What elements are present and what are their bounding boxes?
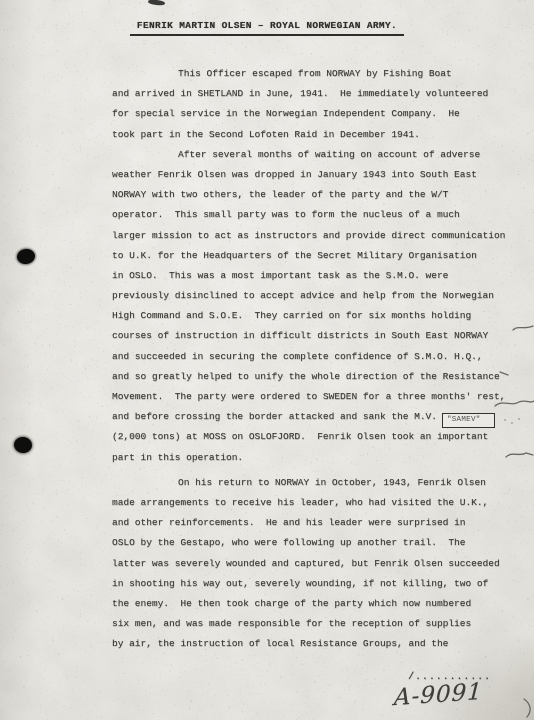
vessel-name-box: "SAMEV" bbox=[442, 413, 495, 428]
title-row: FENRIK MARTIN OLSEN – ROYAL NORWEGIAN AR… bbox=[0, 15, 534, 36]
text-line: made arrangements to receive his leader,… bbox=[112, 493, 522, 513]
text-line: courses of instruction in difficult dist… bbox=[112, 326, 522, 346]
text-line: NORWAY with two others, the leader of th… bbox=[112, 185, 522, 205]
text-line: larger mission to act as instructors and… bbox=[112, 226, 522, 246]
text-line: latter was severely wounded and captured… bbox=[112, 554, 522, 574]
text-line: previously disinclined to accept advice … bbox=[112, 286, 522, 306]
text-line: for special service in the Norwegian Ind… bbox=[112, 104, 522, 124]
text-line: OSLO by the Gestapo, who were following … bbox=[112, 533, 522, 553]
document-body: This Officer escaped from NORWAY by Fish… bbox=[112, 64, 522, 654]
text-line: in OSLO. This was a most important task … bbox=[112, 266, 522, 286]
text-line: and other reinforcements. He and his lea… bbox=[112, 513, 522, 533]
text-line: six men, and was made responsible for th… bbox=[112, 614, 522, 634]
text-line: (2,000 tons) at MOSS on OSLOFJORD. Fenri… bbox=[112, 427, 522, 447]
text-line: took part in the Second Lofoten Raid in … bbox=[112, 125, 522, 145]
text-line: High Command and S.O.E. They carried on … bbox=[112, 306, 522, 326]
text-line: part in this operation. bbox=[112, 448, 522, 468]
text-line: in shooting his way out, severely woundi… bbox=[112, 574, 522, 594]
text-line: This Officer escaped from NORWAY by Fish… bbox=[112, 64, 522, 84]
paragraph: After several months of waiting on accou… bbox=[112, 145, 522, 468]
text-line: weather Fenrik Olsen was dropped in Janu… bbox=[112, 165, 522, 185]
text-line: and arrived in SHETLAND in June, 1941. H… bbox=[112, 84, 522, 104]
text-line: After several months of waiting on accou… bbox=[112, 145, 522, 165]
text-line: to U.K. for the Headquarters of the Secr… bbox=[112, 246, 522, 266]
text-line: On his return to NORWAY in October, 1943… bbox=[112, 473, 522, 493]
text-line: and succeeded in securing the complete c… bbox=[112, 347, 522, 367]
text-line: and before crossing the border attacked … bbox=[112, 407, 522, 427]
text-line: the enemy. He then took charge of the pa… bbox=[112, 594, 522, 614]
text-line: and so greatly helped to unify the whole… bbox=[112, 367, 522, 387]
page-edge-shading bbox=[0, 0, 40, 720]
text-line: Movement. The party were ordered to SWED… bbox=[112, 387, 522, 407]
document-page: FENRIK MARTIN OLSEN – ROYAL NORWEGIAN AR… bbox=[0, 0, 534, 720]
text-line: operator. This small party was to form t… bbox=[112, 205, 522, 225]
paragraph: On his return to NORWAY in October, 1943… bbox=[112, 473, 522, 655]
ink-smudge bbox=[148, 0, 165, 6]
document-title: FENRIK MARTIN OLSEN – ROYAL NORWEGIAN AR… bbox=[130, 20, 404, 36]
paragraph: This Officer escaped from NORWAY by Fish… bbox=[112, 64, 522, 145]
text-line: by air, the instruction of local Resista… bbox=[112, 634, 522, 654]
